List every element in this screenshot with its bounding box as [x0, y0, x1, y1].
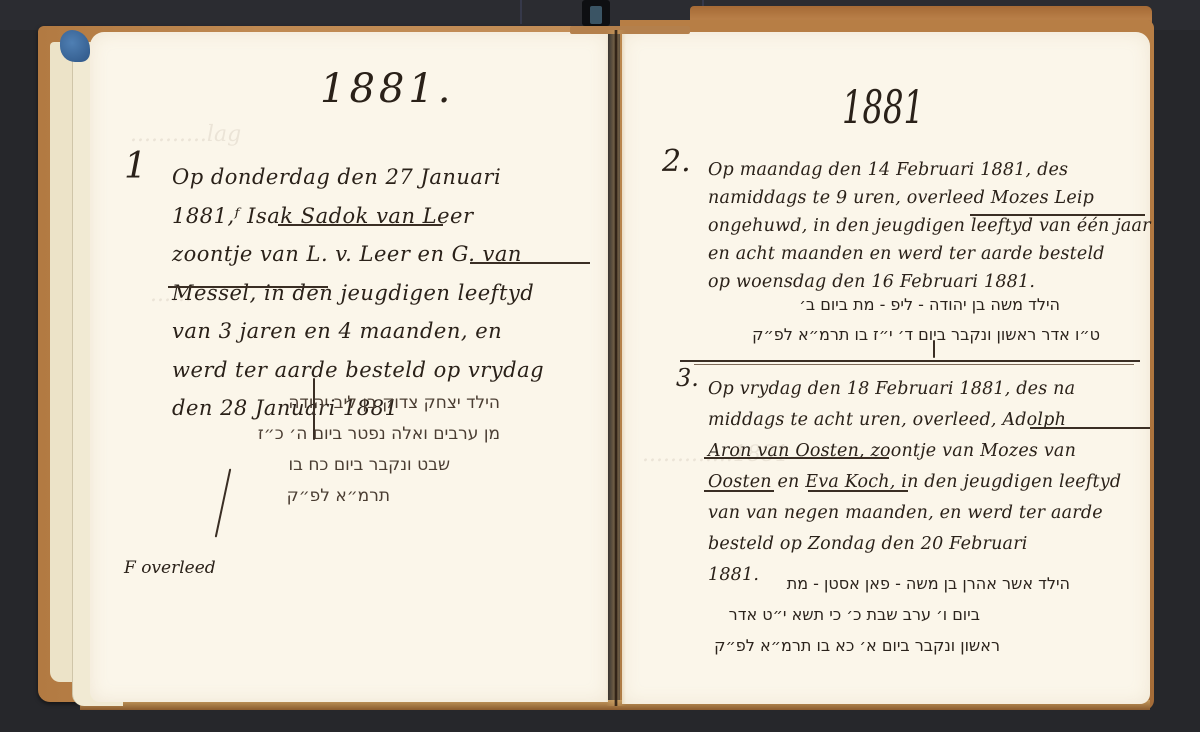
book-clip-inner [590, 6, 602, 24]
entry-1-line: van 3 jaren en 4 maanden, en [172, 312, 544, 351]
hebrew-line: שבט ונקבר ביום כח בו [170, 450, 500, 481]
hebrew-line: מן ערבים ואלה נפטר ביום ה׳ כ״ז [170, 419, 500, 450]
footnote: F overleed [124, 558, 216, 578]
ink-stroke [313, 378, 315, 440]
name-underline [970, 214, 1145, 216]
entry-divider [680, 360, 1140, 362]
entry-3-line: Aron van Oosten, zoontje van Mozes van [708, 436, 1121, 467]
entry-number-3: 3. [676, 364, 699, 392]
entry-1-line: Op donderdag den 27 Januari [172, 158, 544, 197]
name-underline [1030, 427, 1150, 429]
right-page-heading: 1881 [842, 80, 924, 134]
entry-1-line: werd ter aarde besteld op vrydag [172, 351, 544, 390]
entry-2-line: namiddags te 9 uren, overleed Mozes Leip [708, 184, 1151, 212]
hebrew-line: ראשון ונקבר ביום א׳ כא בו תרמ״א לפ״ק [700, 630, 1110, 661]
hebrew-line: ט״ו אדר ראשון ונקבר ביום ד׳ י״ז בו תרמ״א… [660, 320, 1100, 350]
entry-3-line: besteld op Zondag den 20 Februari [708, 529, 1121, 560]
hebrew-line: ביום ו׳ ערב שבת כ׳ כי תשא י״ט אדר [700, 599, 1110, 630]
entry-3-hebrew-text: הילד אשר אהרן בן משה - פאן אסטן - מת ביו… [700, 568, 1110, 661]
entry-divider-secondary [694, 364, 1134, 365]
entry-3-line: Oosten en Eva Koch, in den jeugdigen lee… [708, 467, 1121, 498]
ink-stroke [933, 340, 935, 358]
hebrew-line: הילד משה בן יהודה - ליפ - מת ביום ב׳ [660, 290, 1100, 320]
entry-2-dutch-text: Op maandag den 14 Februari 1881, des nam… [708, 156, 1151, 296]
hebrew-line: תרמ״א לפ״ק [170, 481, 500, 512]
entry-1-line: 1881,ᶠ Isak Sadok van Leer [172, 197, 544, 236]
hebrew-line: הילד אשר אהרן בן משה - פאן אסטן - מת [700, 568, 1110, 599]
entry-3-line: van van negen maanden, en werd ter aarde [708, 498, 1121, 529]
name-underline [808, 490, 908, 492]
entry-2-hebrew-text: הילד משה בן יהודה - ליפ - מת ביום ב׳ ט״ו… [660, 290, 1100, 350]
name-underline [168, 286, 328, 288]
entry-2-line: ongehuwd, in den jeugdigen leeftyd van é… [708, 212, 1151, 240]
entry-1-hebrew-text: הילד יצחק צדוק בן ליב יהודה מן ערבים ואל… [170, 388, 500, 512]
entry-2-line: Op maandag den 14 Februari 1881, des [708, 156, 1151, 184]
left-page-heading: 1881. [320, 66, 455, 112]
entry-number-1: 1 [124, 146, 147, 187]
name-underline [278, 224, 443, 226]
entry-number-2: 2. [662, 144, 691, 179]
entry-3-dutch-text: Op vrydag den 18 Februari 1881, des na m… [708, 374, 1121, 591]
name-underline [470, 262, 590, 264]
name-underline [704, 457, 889, 459]
entry-3-line: middags te acht uren, overleed, Adolph [708, 405, 1121, 436]
entry-2-line: en acht maanden en werd ter aarde bestel… [708, 240, 1151, 268]
book-gutter [606, 30, 626, 706]
hebrew-line: הילד יצחק צדוק בן ליב יהודה [170, 388, 500, 419]
entry-1-line: Messel, in den jeugdigen leeftyd [172, 274, 544, 313]
entry-1-line: zoontje van L. v. Leer en G. van [172, 235, 544, 274]
spine-top [570, 26, 690, 34]
name-underline [704, 490, 774, 492]
entry-3-line: Op vrydag den 18 Februari 1881, des na [708, 374, 1121, 405]
